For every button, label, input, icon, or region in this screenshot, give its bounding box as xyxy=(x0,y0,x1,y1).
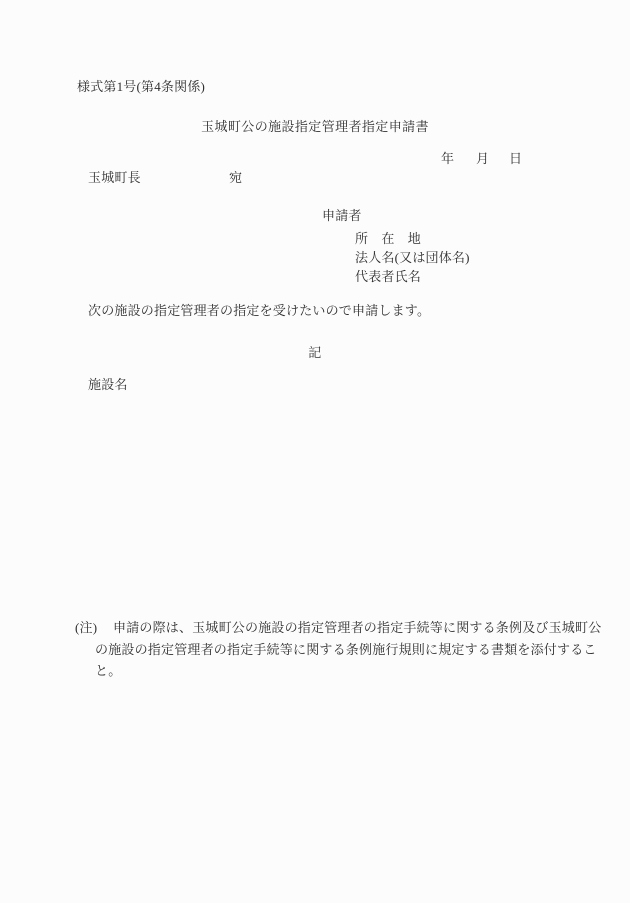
record-heading: 記 xyxy=(0,342,630,361)
application-statement: 次の施設の指定管理者の指定を受けたいので申請します。 xyxy=(88,303,430,319)
note-label: (注) xyxy=(75,620,97,636)
date-month-label: 月 xyxy=(476,151,489,167)
document-title: 玉城町公の施設指定管理者指定申請書 xyxy=(0,116,630,135)
date-day-label: 日 xyxy=(509,151,522,167)
form-number-label: 様式第1号(第4条関係) xyxy=(77,79,205,95)
addressee-name: 玉城町長 xyxy=(88,170,141,186)
addressee-suffix: 宛 xyxy=(229,170,242,186)
note-line: 申請の際は、玉城町公の施設の指定管理者の指定手続等に関する条例及び玉城町公 xyxy=(113,620,601,636)
applicant-field-representative-label: 代表者氏名 xyxy=(355,269,421,285)
note-line: と。 xyxy=(95,663,121,679)
applicant-field-address-label: 所 在 地 xyxy=(355,231,421,247)
applicant-field-organization-label: 法人名(又は団体名) xyxy=(355,250,470,266)
applicant-label: 申請者 xyxy=(322,208,362,224)
document-page: 様式第1号(第4条関係) 玉城町公の施設指定管理者指定申請書 年 月 日 玉城町… xyxy=(0,0,630,903)
facility-name-label: 施設名 xyxy=(88,377,128,393)
note-line: の施設の指定管理者の指定手続等に関する条例施行規則に規定する書類を添付するこ xyxy=(95,642,597,658)
date-year-label: 年 xyxy=(441,151,454,167)
